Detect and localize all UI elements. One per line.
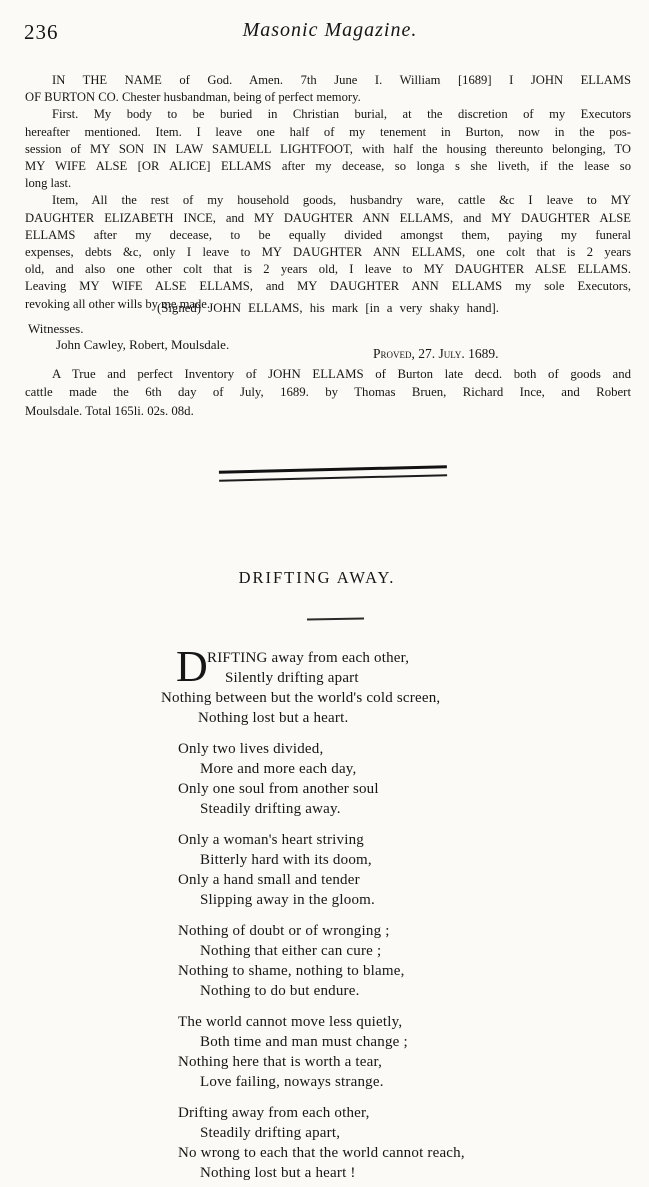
- will-text-block: IN THE NAME of God. Amen. 7th June I. Wi…: [25, 72, 631, 313]
- poem-line: Steadily drifting away.: [200, 799, 465, 819]
- will-line: ELLAMS after my decease, to be equally d…: [25, 227, 631, 244]
- poem-line: RIFTING away from each other,: [207, 648, 465, 668]
- will-line: session of MY SON IN LAW SAMUELL LIGHTFO…: [25, 141, 631, 158]
- will-line: long last.: [25, 175, 631, 192]
- poem-line: Drifting away from each other,: [178, 1103, 465, 1123]
- poem-line: Nothing to do but endure.: [200, 981, 465, 1001]
- title-underline-rule: [307, 618, 364, 621]
- proved-line: Proved, 27. July. 1689.: [373, 346, 498, 362]
- poem-line: Nothing to shame, nothing to blame,: [178, 961, 465, 981]
- inventory-line: A True and perfect Inventory of JOHN ELL…: [25, 365, 631, 383]
- poem-line: Nothing here that is worth a tear,: [178, 1052, 465, 1072]
- will-line: IN THE NAME of God. Amen. 7th June I. Wi…: [25, 72, 631, 89]
- poem-line: Nothing between but the world's cold scr…: [161, 688, 465, 708]
- poem-stanza: The world cannot move less quietly, Both…: [178, 1012, 465, 1092]
- poem-stanza: Drifting away from each other, Steadily …: [178, 1103, 465, 1183]
- poem-line: Bitterly hard with its doom,: [200, 850, 465, 870]
- poem-stanza: Only two lives divided, More and more ea…: [178, 739, 465, 819]
- will-line: MY WIFE ALSE [OR ALICE] ELLAMS after my …: [25, 158, 631, 175]
- poem-line: No wrong to each that the world cannot r…: [178, 1143, 465, 1163]
- poem-line: Silently drifting apart: [225, 668, 465, 688]
- section-divider-double-rule: [219, 465, 447, 482]
- poem-line: More and more each day,: [200, 759, 465, 779]
- signed-line: (Signed) JOHN ELLAMS, his mark [in a ver…: [157, 301, 499, 316]
- inventory-paragraph: A True and perfect Inventory of JOHN ELL…: [25, 365, 631, 420]
- poem-line: Nothing that either can cure ;: [200, 941, 465, 961]
- poem-line: The world cannot move less quietly,: [178, 1012, 465, 1032]
- poem-stanza: RIFTING away from each other, Silently d…: [178, 648, 465, 728]
- poem-body: RIFTING away from each other, Silently d…: [178, 648, 465, 1187]
- witness-names: John Cawley, Robert, Moulsdale.: [56, 337, 229, 353]
- will-line: Item, All the rest of my household goods…: [25, 192, 631, 209]
- will-line: First. My body to be buried in Christian…: [25, 106, 631, 123]
- poem-title: DRIFTING AWAY.: [0, 568, 634, 588]
- poem-line: Steadily drifting apart,: [200, 1123, 465, 1143]
- will-line: expenses, debts &c, only I leave to MY D…: [25, 244, 631, 261]
- will-line: Leaving MY WIFE ALSE ELLAMS, and MY DAUG…: [25, 278, 631, 295]
- poem-line: Nothing lost but a heart.: [198, 708, 465, 728]
- poem-line: Love failing, noways strange.: [200, 1072, 465, 1092]
- will-line: old, and also one other colt that is 2 y…: [25, 261, 631, 278]
- will-line: DAUGHTER ELIZABETH INCE, and MY DAUGHTER…: [25, 210, 631, 227]
- will-line: OF BURTON CO. Chester husbandman, being …: [25, 89, 631, 106]
- will-line: hereafter mentioned. Item. I leave one h…: [25, 124, 631, 141]
- poem-line: Only a hand small and tender: [178, 870, 465, 890]
- poem-line: Slipping away in the gloom.: [200, 890, 465, 910]
- poem-stanza: Only a woman's heart striving Bitterly h…: [178, 830, 465, 910]
- inventory-line: cattle made the 6th day of July, 1689. b…: [25, 383, 631, 401]
- witnesses-label: Witnesses.: [28, 321, 83, 337]
- poem-line: Both time and man must change ;: [200, 1032, 465, 1052]
- poem-line: Nothing of doubt or of wronging ;: [178, 921, 465, 941]
- poem-line: Nothing lost but a heart !: [200, 1163, 465, 1183]
- poem-stanza: Nothing of doubt or of wronging ; Nothin…: [178, 921, 465, 1001]
- magazine-header-title: Masonic Magazine.: [0, 19, 649, 42]
- inventory-line: Moulsdale. Total 165li. 02s. 08d.: [25, 402, 631, 420]
- poem-line: Only a woman's heart striving: [178, 830, 465, 850]
- poem-line: Only two lives divided,: [178, 739, 465, 759]
- poem-line: Only one soul from another soul: [178, 779, 465, 799]
